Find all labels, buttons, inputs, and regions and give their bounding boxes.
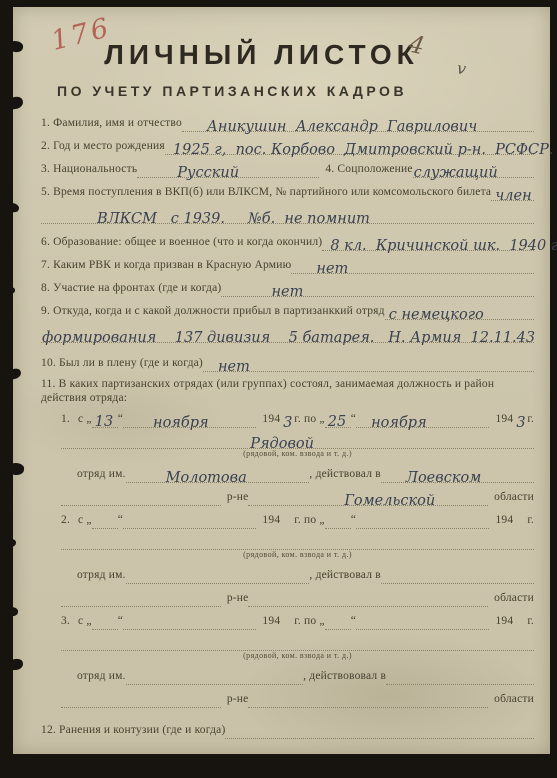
entry2-dates-row: 2. с „ “ 194 г. по „ “ 194 г. — [61, 506, 534, 529]
paper-tear — [5, 201, 20, 214]
entry2-acted-label: , действовал в — [309, 569, 380, 584]
entry3-oblast-row: р-не области — [61, 685, 534, 708]
entry3-year-to-printed: 194 — [495, 615, 513, 630]
entry3-rne-label: р-не — [227, 693, 249, 708]
field-origin-line: с немецкого — [385, 296, 534, 320]
paper-tear — [7, 462, 25, 476]
entry1-rank-line: Рядовой — [61, 427, 534, 449]
paper-tear — [7, 658, 23, 671]
entry1-dates-row: 1. с „ 13 “ ноября 194 3 г. по „ 25 “ но… — [61, 405, 534, 428]
entry2-rank-row — [61, 529, 534, 550]
field-captivity-label: 10. Был ли в плену (где и когда) — [41, 357, 203, 372]
entry3-month-from-line — [123, 606, 256, 630]
paper-tear — [5, 287, 15, 294]
field-origin-row2: формирования 137 дивизия 5 батарея. Н. А… — [41, 320, 534, 343]
field-origin-line2: формирования 137 дивизия 5 батарея. Н. А… — [41, 319, 534, 343]
entry3-number: 3. — [61, 615, 70, 630]
entry3-oblast-line — [248, 684, 488, 708]
scanned-document: 176 ЛИЧНЫЙ ЛИСТОК 4 v ПО УЧЕТУ ПАРТИЗАНС… — [0, 0, 557, 778]
field-party-value2: ВЛКСМ с 1939. №б. не помнит — [97, 211, 370, 227]
entry3-rank-row — [61, 630, 534, 651]
entry2-number: 2. — [61, 514, 70, 529]
entry3-to-label: г. по „ — [294, 615, 324, 630]
entry1-oblast-row: р-не Гомельской области — [61, 483, 534, 506]
form-page: 176 ЛИЧНЫЙ ЛИСТОК 4 v ПО УЧЕТУ ПАРТИЗАНС… — [13, 7, 550, 754]
field-surname-label: 1. Фамилия, имя и отчество — [41, 117, 182, 132]
form-body: 1. Фамилия, имя и отчество Аникушин Алек… — [41, 109, 534, 739]
entry3-unit-label: отряд им. — [77, 670, 126, 685]
entry3-year-from-slot — [280, 607, 294, 630]
entry1-unit-row: отряд им. Молотова , действовал в Лоевск… — [61, 460, 534, 483]
entry2-year-from-slot — [280, 506, 294, 529]
entry1-number: 1. — [61, 413, 70, 428]
entry2-year-to-slot — [513, 506, 527, 529]
field-captivity-value: нет — [218, 359, 250, 375]
entry2-oblast-label: области — [494, 592, 534, 607]
entry1-rne-label: р-не — [227, 491, 249, 506]
field-party-row: 5. Время поступления в ВКП(б) или ВЛКСМ,… — [41, 178, 534, 201]
paper-tear — [5, 539, 16, 547]
entry2-rayon-line — [61, 583, 221, 607]
entry1-unit-line: Молотова — [126, 459, 310, 483]
field-rvk-label: 7. Каким РВК и когда призван в Красную А… — [41, 259, 291, 274]
entry3-month-to-line — [356, 606, 489, 630]
form-subtitle: ПО УЧЕТУ ПАРТИЗАНСКИХ КАДРОВ — [57, 83, 407, 99]
entry1-from-label: с „ — [78, 413, 92, 428]
field-surname-row: 1. Фамилия, имя и отчество Аникушин Алек… — [41, 109, 534, 132]
field-fronts-label: 8. Участие на фронтах (где и когда) — [41, 282, 221, 297]
field-wounds-row: 12. Ранения и контузии (где и когда) — [41, 716, 534, 739]
entry1-year-from-printed: 194 — [262, 413, 280, 428]
entry1-oblast-line: Гомельской — [248, 482, 488, 506]
entry1-rayon-line — [61, 482, 221, 506]
field-education-label: 6. Образование: общее и военное (что и к… — [41, 236, 322, 251]
entry2-rank-line — [61, 528, 534, 550]
field-social-label: 4. Соцположение — [325, 163, 412, 178]
entry1-year-to-slot: 3 — [513, 405, 527, 428]
field-education-row: 6. Образование: общее и военное (что и к… — [41, 228, 534, 251]
field-party-row2: ВЛКСМ с 1939. №б. не помнит — [41, 201, 534, 224]
field-nationality-row: 3. Национальность Русский 4. Соцположени… — [41, 155, 534, 178]
field-rvk-row: 7. Каким РВК и когда призван в Красную А… — [41, 251, 534, 274]
field-surname-line: Аникушин Александр Гаврилович — [182, 108, 534, 132]
entry1-month-from-line: ноября — [123, 404, 256, 428]
entry2-unit-row: отряд им. , действовал в — [61, 561, 534, 584]
entry1-rank: Рядовой — [250, 436, 314, 452]
entry3-year-to-slot — [513, 607, 527, 630]
entry3-rayon-line — [61, 684, 221, 708]
field-education-line: 8 кл. Кричинской шк. 1940 г. — [322, 227, 534, 251]
entry2-year-from-printed: 194 — [262, 514, 280, 529]
service-entry-3: 3. с „ “ 194 г. по „ “ 194 г. — [41, 607, 534, 708]
entry2-month-from-line — [123, 505, 256, 529]
entry3-g-label: г. — [527, 615, 534, 630]
field-wounds-label: 12. Ранения и контузии (где и когда) — [41, 724, 225, 739]
field-captivity-line: нет — [203, 348, 534, 372]
entry3-rank-line — [61, 629, 534, 651]
field-party-line2: ВЛКСМ с 1939. №б. не помнит — [41, 200, 534, 224]
service-entry-1: 1. с „ 13 “ ноября 194 3 г. по „ 25 “ но… — [41, 405, 534, 506]
entry2-oblast-row: р-не области — [61, 584, 534, 607]
entry1-to-label: г. по „ — [294, 413, 324, 428]
entry2-acted-line — [381, 560, 534, 584]
entry2-month-to-line — [356, 505, 489, 529]
entry2-rne-label: р-не — [227, 592, 249, 607]
entry2-unit-label: отряд им. — [77, 569, 126, 584]
paper-tear — [6, 367, 22, 380]
entry1-acted-line: Лоевском — [381, 459, 534, 483]
entry3-acted-label: , действововал в — [303, 670, 386, 685]
service-entry-2: 2. с „ “ 194 г. по „ “ 194 г. — [41, 506, 534, 607]
field-wounds-line — [225, 715, 534, 739]
field-units-label: 11. В каких партизанских отрядах (или гр… — [41, 372, 534, 405]
entry2-g-label: г. — [527, 514, 534, 529]
field-nationality-line: Русский — [137, 154, 319, 178]
field-birth-row: 2. Год и место рождения 1925 г, пос. Кор… — [41, 132, 534, 155]
entry2-year-to-printed: 194 — [495, 514, 513, 529]
entry1-acted-label: , действовал в — [309, 468, 380, 483]
field-captivity-row: 10. Был ли в плену (где и когда) нет — [41, 349, 534, 372]
entry3-acted-line — [386, 661, 534, 685]
entry1-unit-label: отряд им. — [77, 468, 126, 483]
entry1-oblast-label: области — [494, 491, 534, 506]
field-party-line: член — [491, 177, 534, 201]
entry1-month-to-line: ноября — [356, 404, 489, 428]
field-birth-line: 1925 г, пос. Корбово Дмитровский р-н. РС… — [165, 131, 534, 155]
form-title: ЛИЧНЫЙ ЛИСТОК — [13, 39, 510, 71]
checkmark-annotation: v — [455, 58, 467, 78]
entry3-from-label: с „ — [78, 615, 92, 630]
entry3-day-to-line — [325, 606, 351, 630]
entry3-unit-row: отряд им. , действововал в — [61, 662, 534, 685]
field-rvk-line: нет — [291, 250, 534, 274]
entry1-day-from-line: 13 — [92, 404, 118, 428]
field-birth-label: 2. Год и место рождения — [41, 140, 165, 155]
entry1-g-label: г. — [527, 413, 534, 428]
field-social-line: служащий — [413, 154, 534, 178]
entry1-year-from-slot: 3 — [280, 405, 294, 428]
entry2-to-label: г. по „ — [294, 514, 324, 529]
field-nationality-label: 3. Национальность — [41, 163, 137, 178]
entry3-year-from-printed: 194 — [262, 615, 280, 630]
field-party-label: 5. Время поступления в ВКП(б) или ВЛКСМ,… — [41, 186, 491, 201]
entry2-oblast-line — [248, 583, 488, 607]
paper-tear — [6, 96, 24, 111]
field-origin-value2: формирования 137 дивизия 5 батарея. Н. А… — [42, 330, 535, 346]
paper-tear — [5, 606, 19, 617]
entry3-unit-line — [126, 661, 304, 685]
entry3-day-from-line — [92, 606, 118, 630]
entry2-day-to-line — [325, 505, 351, 529]
entry3-dates-row: 3. с „ “ 194 г. по „ “ 194 г. — [61, 607, 534, 630]
field-fronts-line: нет — [221, 273, 534, 297]
entry2-unit-line — [126, 560, 310, 584]
entry3-oblast-label: области — [494, 693, 534, 708]
entry1-year-to-printed: 194 — [495, 413, 513, 428]
entry2-from-label: с „ — [78, 514, 92, 529]
field-origin-row: 9. Откуда, когда и с какой должности при… — [41, 297, 534, 320]
entry1-day-to-line: 25 — [325, 404, 351, 428]
entry2-day-from-line — [92, 505, 118, 529]
field-fronts-row: 8. Участие на фронтах (где и когда) нет — [41, 274, 534, 297]
entry1-rank-row: Рядовой — [61, 428, 534, 449]
field-origin-label: 9. Откуда, когда и с какой должности при… — [41, 305, 385, 320]
